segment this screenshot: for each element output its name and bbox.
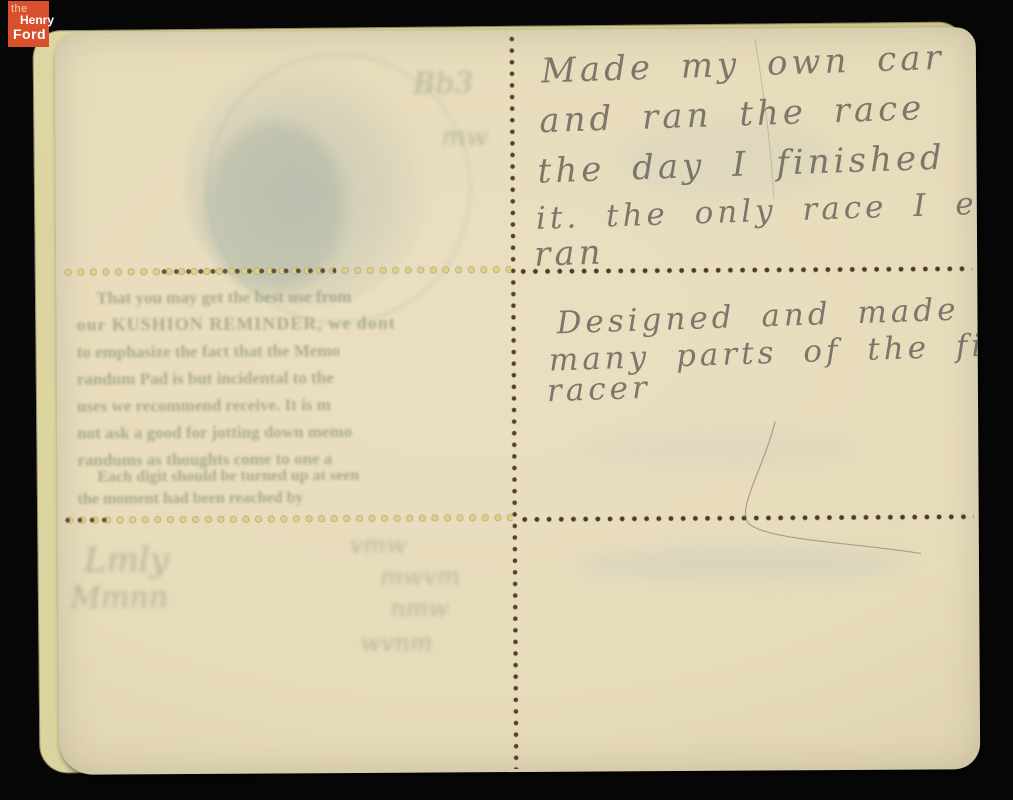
show-through-fragment: Mmnn	[70, 580, 168, 616]
page-smudge	[578, 548, 908, 580]
show-through-fragment: mwvm	[380, 562, 460, 590]
show-through-fragment: wvnm	[360, 629, 432, 657]
show-through-fragment: Bb3	[413, 66, 474, 101]
logo-text-ford: Ford	[13, 26, 46, 42]
notebook-page-spread: Bb3 mw That you may get the best use fro…	[55, 27, 981, 775]
show-through-paragraph-1: That you may get the best use from our K…	[76, 282, 513, 474]
show-through-fragment: nmw	[390, 594, 449, 622]
handwritten-line: ran	[533, 232, 605, 274]
handwritten-line: racer	[546, 370, 651, 410]
henry-ford-logo: the Henry Ford	[8, 1, 49, 47]
show-through-fragment: vmw	[350, 531, 407, 559]
logo-text-henry: Henry	[20, 13, 54, 27]
collection-photo: the Henry Ford Bb3 mw That you may get t…	[0, 0, 1013, 800]
horizontal-perforation-right-lower	[519, 513, 974, 523]
show-through-paragraph-2: Each digit should be turned up at seen t…	[77, 464, 513, 511]
horizontal-perforation-left-lower	[64, 513, 513, 525]
handwritten-line: the day I finished	[537, 138, 946, 192]
handwritten-line: Made my own car	[540, 38, 945, 92]
show-through-fragment: mw	[441, 122, 488, 152]
handwritten-line: and ran the race	[539, 88, 926, 141]
vertical-perforation	[509, 33, 519, 769]
horizontal-perforation-left-lower-dark	[62, 517, 108, 524]
horizontal-perforation-left-upper-dark	[158, 267, 336, 275]
show-through-fragment: Lmly	[84, 540, 169, 581]
page-smudge	[577, 428, 857, 470]
